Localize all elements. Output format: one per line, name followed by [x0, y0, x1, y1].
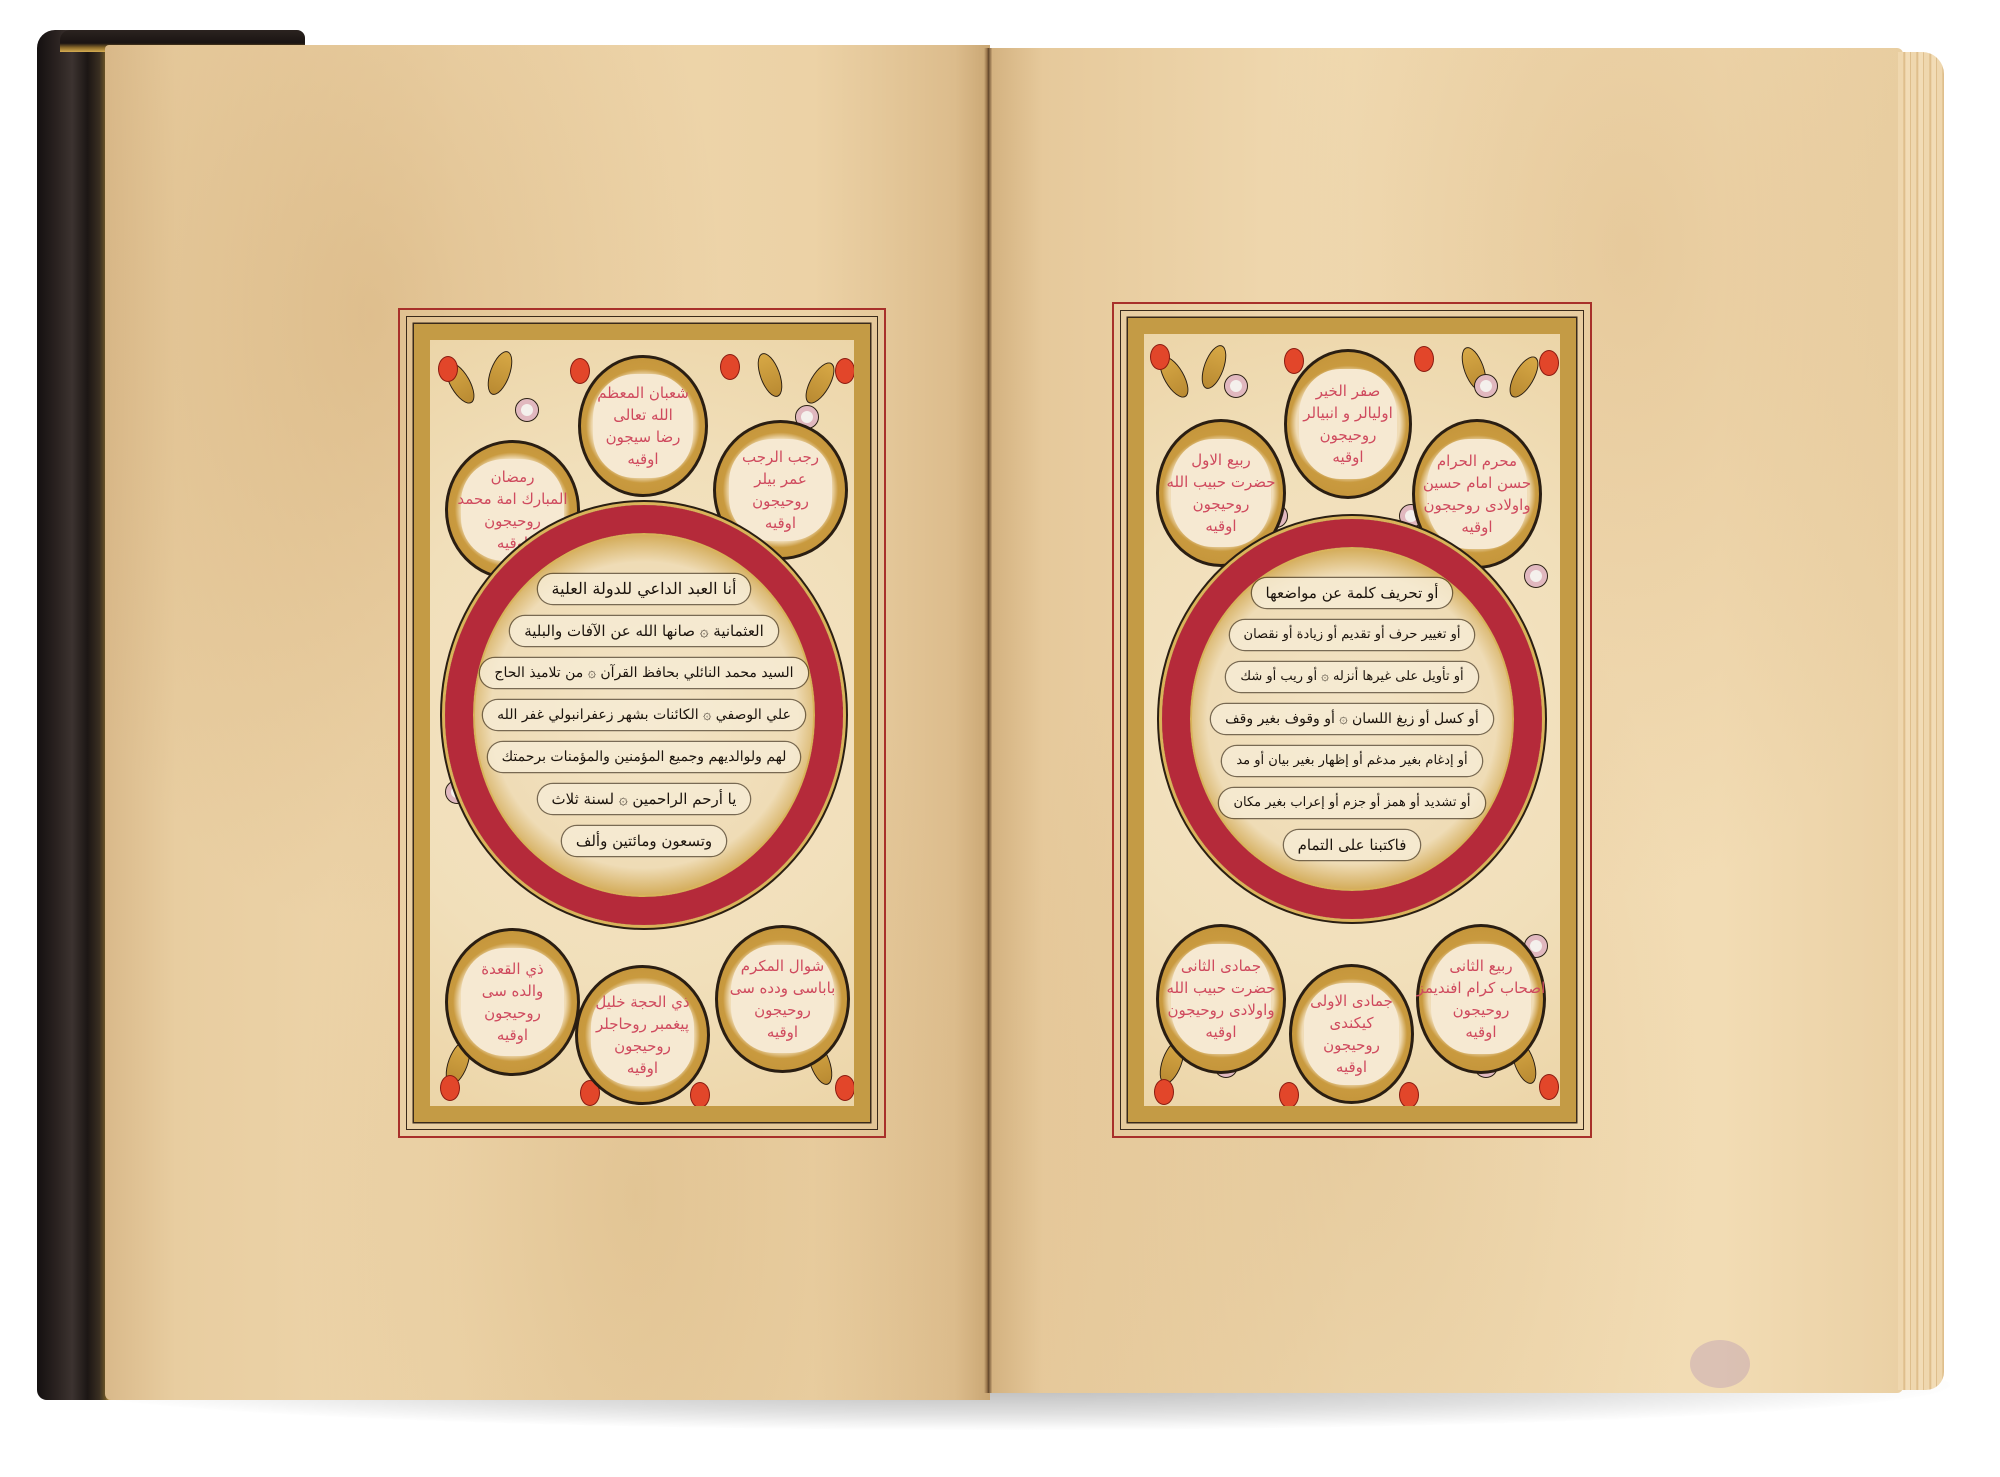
prayer-line: أو إدغام بغير مدغم أو إظهار بغير بيان أو…: [1222, 746, 1481, 776]
blue-white-blossom: [1474, 374, 1498, 398]
colophon-line: لهم ولوالديهم وجميع المؤمنين والمؤمنات ب…: [488, 742, 801, 772]
roundel-text: المبارك امة محمد: [457, 488, 567, 510]
prayer-text: أو تحريف كلمة عن مواضعها أو تغيير حرف أو…: [1192, 549, 1512, 889]
roundel-text: محرم الحرام: [1437, 450, 1517, 472]
purple-ink-stain: [1690, 1340, 1750, 1388]
book-gutter: [984, 48, 992, 1393]
roundel-text: اوقيه: [1465, 1021, 1496, 1043]
roundel-text: حضرت حبيب الله: [1167, 471, 1276, 493]
roundel-text: روحيجون: [614, 1035, 671, 1057]
roundel-bottom-right: ربيع الثانى اصحاب كرام افنديمز روحيجون ا…: [1416, 924, 1546, 1074]
red-bud: [690, 1082, 710, 1106]
roundel-text: اوقيه: [765, 512, 796, 534]
red-bud: [1154, 1079, 1174, 1105]
right-illumination-field: صفر الخير اوليالر و انبيالر روحيجون اوقي…: [1144, 334, 1560, 1106]
roundel-text: اصحاب كرام افنديمز: [1417, 977, 1546, 999]
prayer-line: أو تغيير حرف أو تقديم أو زيادة أو نقصان: [1230, 620, 1475, 650]
roundel-top-center: صفر الخير اوليالر و انبيالر روحيجون اوقي…: [1284, 349, 1412, 499]
roundel-text: حضرت حبيب الله: [1167, 977, 1276, 999]
roundel-text: عمر بيلر: [754, 468, 807, 490]
roundel-text: رجب الرجب: [742, 446, 819, 468]
roundel-text: ذي الحجة خليل: [595, 991, 689, 1013]
roundel-text: روحيجون: [754, 999, 811, 1021]
roundel-text: ذي القعدة: [481, 958, 543, 980]
colophon-line: وتسعون ومائتين وألف: [562, 826, 726, 856]
page-fore-edge-stack: [1898, 52, 1944, 1390]
gilt-leaf: [483, 348, 518, 398]
roundel-bottom-right: شوال المكرم باباسى ودده سى روحيجون اوقيه: [715, 925, 850, 1073]
white-blossom: [1524, 564, 1548, 588]
roundel-bottom-center: جمادى الاولى كيكندى روحيجون اوقيه: [1289, 964, 1414, 1104]
red-bud: [570, 358, 590, 384]
roundel-text: اوقيه: [767, 1021, 798, 1043]
red-bud: [1539, 350, 1559, 376]
roundel-text: روحيجون: [1320, 424, 1377, 446]
roundel-text: الله تعالى: [613, 404, 673, 426]
roundel-text: كيكندى: [1329, 1012, 1373, 1034]
roundel-text: جمادى الثانى: [1181, 955, 1261, 977]
roundel-text: شعبان المعظم: [597, 382, 689, 404]
roundel-text: روحيجون: [1323, 1034, 1380, 1056]
roundel-text: روحيجون: [484, 1002, 541, 1024]
roundel-text: روحيجون: [1193, 493, 1250, 515]
left-central-medallion: أنا العبد الداعي للدولة العلية العثمانية…: [445, 505, 843, 925]
right-central-medallion: أو تحريف كلمة عن مواضعها أو تغيير حرف أو…: [1162, 519, 1542, 919]
roundel-text: پيغمبر روحاجلر: [596, 1013, 689, 1035]
roundel-text: اوقيه: [1205, 515, 1236, 537]
colophon-line: يا أرحم الراحمين ۞ لسنة ثلاث: [538, 784, 751, 814]
gilt-text-disc: أنا العبد الداعي للدولة العلية العثمانية…: [475, 535, 813, 895]
roundel-text: اوقيه: [1332, 446, 1363, 468]
prayer-line: أو تشديد أو همز أو جزم أو إعراب بغير مكا…: [1219, 788, 1484, 818]
prayer-line: أو كسل أو زيغ اللسان ۞ أو وقوف بغير وقف: [1211, 704, 1493, 734]
gilt-leaf: [800, 358, 840, 408]
roundel-text: اوقيه: [1461, 516, 1492, 538]
red-bud: [1284, 348, 1304, 374]
colophon-line: السيد محمد النائلي بحافظ القرآن ۞ من تلا…: [480, 658, 807, 688]
gilt-text-disc: أو تحريف كلمة عن مواضعها أو تغيير حرف أو…: [1192, 549, 1512, 889]
colophon-line: أنا العبد الداعي للدولة العلية: [538, 574, 751, 604]
roundel-text: روحيجون: [1453, 999, 1510, 1021]
roundel-bottom-left: جمادى الثانى حضرت حبيب الله واولادى روحي…: [1156, 924, 1286, 1074]
roundel-text: ربيع الثانى: [1449, 955, 1512, 977]
roundel-bottom-left: ذي القعدة والده سى روحيجون اوقيه: [445, 928, 580, 1076]
left-illumination-field: شعبان المعظم الله تعالى رضا سيجون اوقيه …: [430, 340, 854, 1106]
roundel-text: والده سى: [482, 980, 544, 1002]
roundel-text: حسن امام حسين: [1423, 472, 1531, 494]
red-bud: [835, 1075, 854, 1101]
gilt-leaf: [753, 350, 788, 400]
right-illumination-frame: صفر الخير اوليالر و انبيالر روحيجون اوقي…: [1112, 302, 1592, 1138]
prayer-line: أو تأويل على غيرها أنزله ۞ أو ريب أو شك: [1226, 662, 1477, 692]
roundel-text: روحيجون: [752, 490, 809, 512]
colophon-line: العثمانية ۞ صانها الله عن الآفات والبلية: [510, 616, 778, 646]
red-bud: [835, 358, 854, 384]
red-bud: [440, 1075, 460, 1101]
roundel-text: واولادى روحيجون: [1167, 999, 1274, 1021]
red-bud: [1150, 344, 1170, 370]
red-bud: [1414, 346, 1434, 372]
prayer-line: أو تحريف كلمة عن مواضعها: [1252, 578, 1453, 608]
roundel-text: رمضان: [491, 466, 535, 488]
white-blossom: [515, 398, 539, 422]
red-bud: [720, 354, 740, 380]
gilt-leaf: [1504, 352, 1544, 402]
red-bud: [1399, 1082, 1419, 1106]
roundel-text: اوقيه: [1205, 1021, 1236, 1043]
roundel-text: روحيجون: [484, 510, 541, 532]
red-bud: [438, 356, 458, 382]
roundel-text: اوليالر و انبيالر: [1303, 402, 1393, 424]
red-bud: [1279, 1082, 1299, 1106]
roundel-text: صفر الخير: [1316, 380, 1381, 402]
roundel-text: واولادى روحيجون: [1423, 494, 1530, 516]
roundel-text: شوال المكرم: [741, 955, 824, 977]
roundel-text: اوقيه: [627, 448, 658, 470]
left-illumination-frame: شعبان المعظم الله تعالى رضا سيجون اوقيه …: [398, 308, 886, 1138]
roundel-bottom-center: ذي الحجة خليل پيغمبر روحاجلر روحيجون اوق…: [575, 965, 710, 1105]
roundel-text: اوقيه: [627, 1057, 658, 1079]
roundel-text: باباسى ودده سى: [730, 977, 836, 999]
roundel-text: ربيع الاول: [1191, 449, 1251, 471]
blue-white-blossom: [1224, 374, 1248, 398]
colophon-text: أنا العبد الداعي للدولة العلية العثمانية…: [475, 535, 813, 895]
roundel-text: اوقيه: [497, 1024, 528, 1046]
roundel-text: رضا سيجون: [606, 426, 681, 448]
roundel-text: اوقيه: [1336, 1056, 1367, 1078]
roundel-top-center: شعبان المعظم الله تعالى رضا سيجون اوقيه: [578, 355, 708, 497]
colophon-line: علي الوصفي ۞ الكائنات بشهر زعفرانبولي غف…: [483, 700, 805, 730]
leather-cover-spine: [37, 30, 115, 1400]
prayer-line: فاكتبنا على التمام: [1284, 830, 1421, 860]
roundel-text: جمادى الاولى: [1310, 990, 1393, 1012]
red-bud: [1539, 1074, 1559, 1100]
